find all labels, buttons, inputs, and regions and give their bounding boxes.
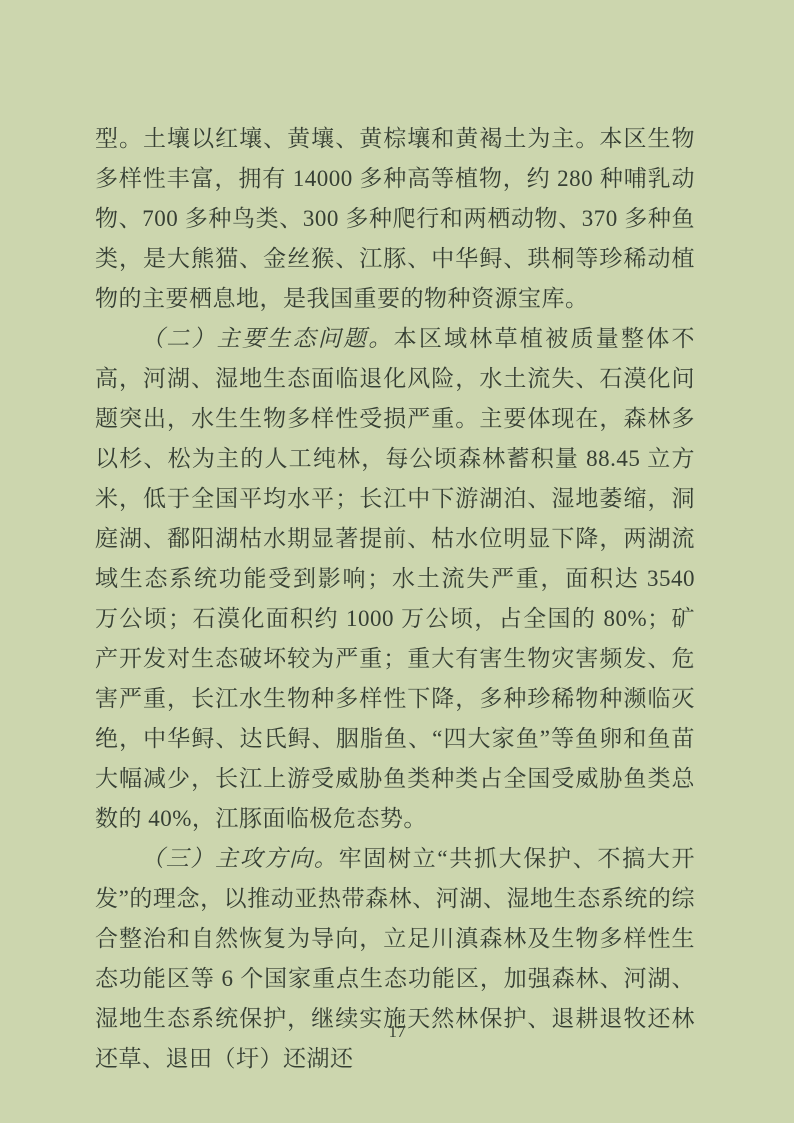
section-heading-3: （三）主攻方向。 xyxy=(141,846,339,871)
paragraph-text: 型。土壤以红壤、黄壤、黄棕壤和黄褐土为主。本区生物多样性丰富，拥有 14000 … xyxy=(95,126,695,311)
page-number: 17 xyxy=(0,1020,794,1044)
paragraph-main-ecological-problems: （二）主要生态问题。本区域林草植被质量整体不高，河湖、湿地生态面临退化风险，水土… xyxy=(95,319,695,839)
paragraph-text: 本区域林草植被质量整体不高，河湖、湿地生态面临退化风险，水土流失、石漠化问题突出… xyxy=(95,326,695,831)
document-body: 型。土壤以红壤、黄壤、黄棕壤和黄褐土为主。本区生物多样性丰富，拥有 14000 … xyxy=(95,119,695,1079)
section-heading-2: （二）主要生态问题。 xyxy=(141,326,394,351)
paragraph-soil-and-biodiversity: 型。土壤以红壤、黄壤、黄棕壤和黄褐土为主。本区生物多样性丰富，拥有 14000 … xyxy=(95,119,695,319)
document-page: 型。土壤以红壤、黄壤、黄棕壤和黄褐土为主。本区生物多样性丰富，拥有 14000 … xyxy=(0,0,794,1123)
